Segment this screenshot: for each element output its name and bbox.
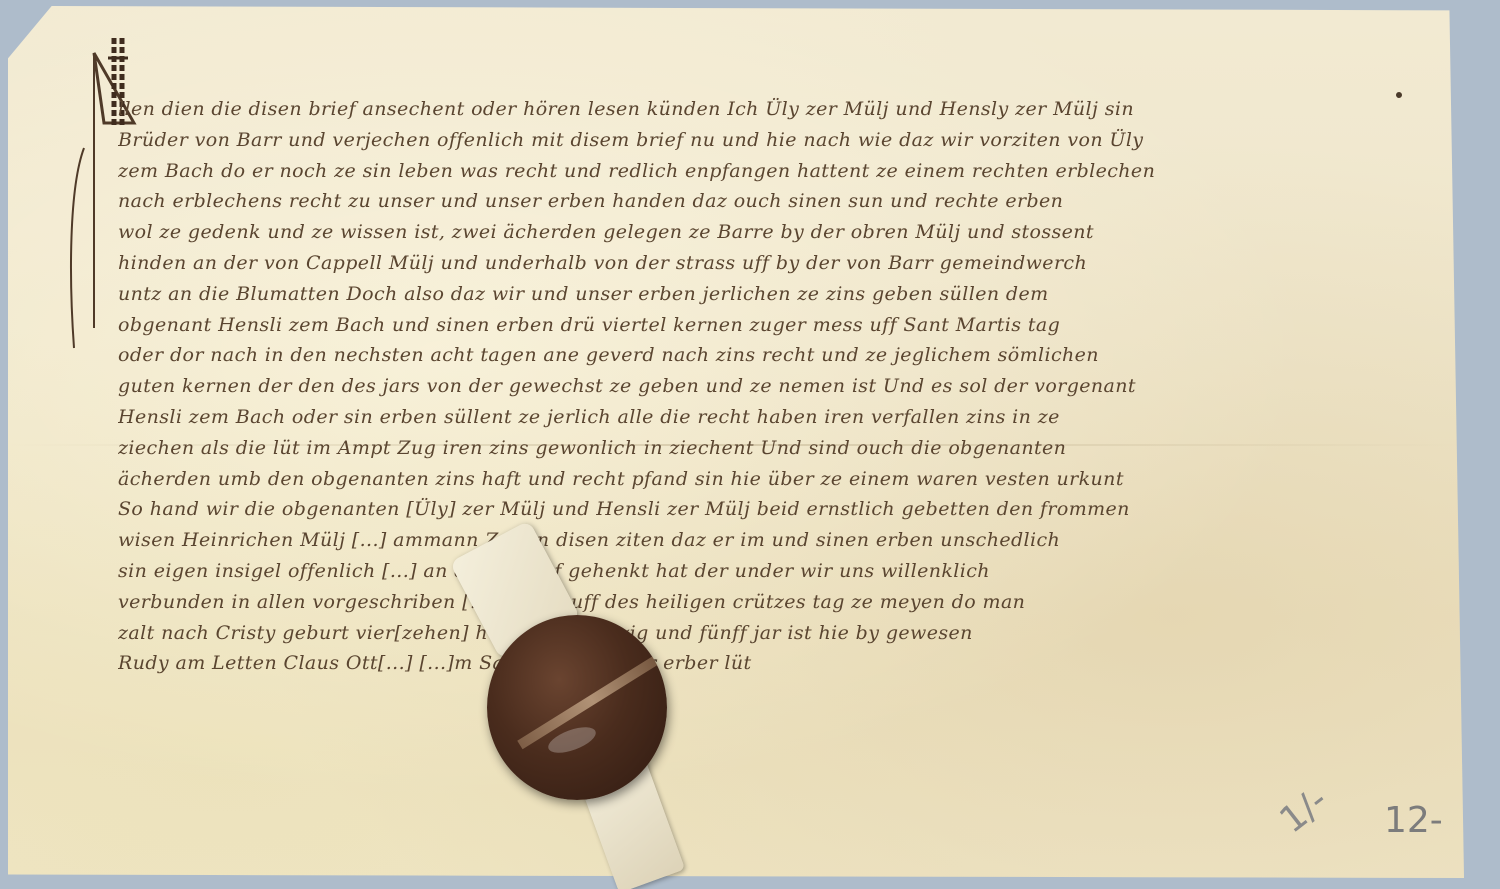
wax-seal-assembly — [440, 515, 740, 885]
text-line: oder dor nach in den nechsten acht tagen… — [118, 340, 1418, 371]
text-line: zem Bach do er noch ze sin leben was rec… — [118, 156, 1418, 187]
text-line: zalt nach Cristy geburt vier[zehen] hund… — [118, 618, 1418, 649]
text-line: ziechen als die lüt im Ampt Zug iren zin… — [118, 433, 1418, 464]
text-line: verbunden in allen vorgeschriben [...] g… — [118, 587, 1418, 618]
text-line: ächerden umb den obgenanten zins haft un… — [118, 464, 1418, 495]
text-line: Brüder von Barr und verjechen offenlich … — [118, 125, 1418, 156]
text-line: untz an die Blumatten Doch also daz wir … — [118, 279, 1418, 310]
text-line: So hand wir die obgenanten [Üly] zer Mül… — [118, 494, 1418, 525]
text-line: llen dien die disen brief ansechent oder… — [118, 94, 1418, 125]
text-line: Rudy am Letten Claus Ott[...] [...]m Sat… — [118, 648, 1418, 679]
text-line: hinden an der von Cappell Mülj und under… — [118, 248, 1418, 279]
text-line: obgenant Hensli zem Bach und sinen erben… — [118, 310, 1418, 341]
text-line: Hensli zem Bach oder sin erben süllent z… — [118, 402, 1418, 433]
wax-seal-icon — [487, 615, 667, 800]
pencil-folio-number: 12- — [1384, 800, 1443, 841]
text-line: nach erblechens recht zu unser und unser… — [118, 186, 1418, 217]
text-line: guten kernen der den des jars von der ge… — [118, 371, 1418, 402]
text-line: wol ze gedenk und ze wissen ist, zwei äc… — [118, 217, 1418, 248]
text-line: sin eigen insigel offenlich [...] an dis… — [118, 556, 1418, 587]
charter-text: llen dien die disen brief ansechent oder… — [118, 94, 1418, 679]
text-line: wisen Heinrichen Mülj [...] ammann Zug i… — [118, 525, 1418, 556]
